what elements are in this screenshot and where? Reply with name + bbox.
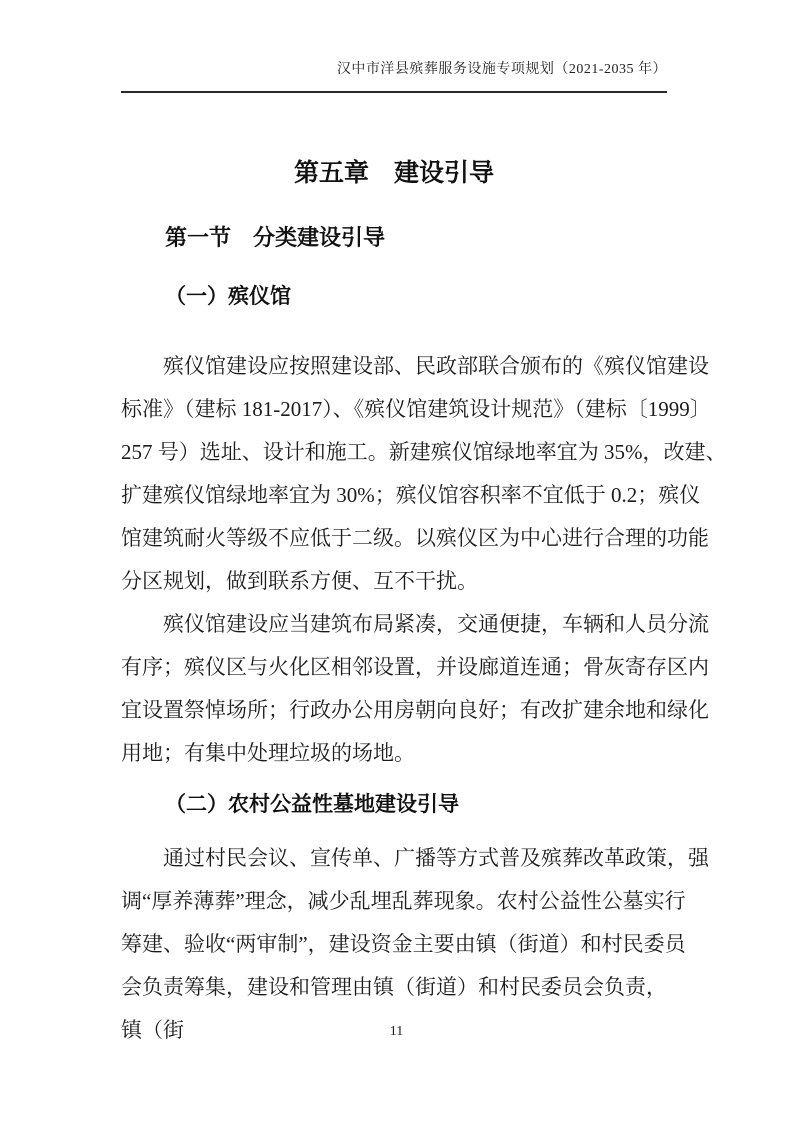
paragraph-2-line-1: 殡仪馆建设应当建筑布局紧凑，交通便捷，车辆和人员分流 xyxy=(121,603,667,646)
paragraph-2-line-4: 用地；有集中处理垃圾的场地。 xyxy=(121,732,667,775)
subsection-2-title: （二）农村公益性墓地建设引导 xyxy=(121,787,667,821)
paragraph-1: 殡仪馆建设应按照建设部、民政部联合颁布的《殡仪馆建设 标准》（建标 181-20… xyxy=(121,345,667,603)
paragraph-1-line-1: 殡仪馆建设应按照建设部、民政部联合颁布的《殡仪馆建设 xyxy=(121,345,667,388)
subsection-1-title: （一）殡仪馆 xyxy=(121,279,667,313)
header-title: 汉中市洋县殡葬服务设施专项规划（2021-2035 年） xyxy=(121,60,667,80)
paragraph-1-line-5: 馆建筑耐火等级不应低于二级。以殡仪区为中心进行合理的功能 xyxy=(121,517,667,560)
header-rule xyxy=(121,91,667,93)
page-header: 汉中市洋县殡葬服务设施专项规划（2021-2035 年） xyxy=(121,0,667,93)
paragraph-3: 通过村民会议、宣传单、广播等方式普及殡葬改革政策，强 调“厚养薄葬”理念，减少乱… xyxy=(121,837,667,1052)
chapter-title: 第五章 建设引导 xyxy=(121,155,667,191)
paragraph-1-line-6: 分区规划，做到联系方便、互不干扰。 xyxy=(121,560,667,603)
paragraph-1-line-3: 257 号）选址、设计和施工。新建殡仪馆绿地率宜为 35%，改建、 xyxy=(121,431,667,474)
paragraph-3-line-3: 筹建、验收“两审制”，建设资金主要由镇（街道）和村民委员 xyxy=(121,923,667,966)
document-page: 汉中市洋县殡葬服务设施专项规划（2021-2035 年） 第五章 建设引导 第一… xyxy=(0,0,793,1122)
page-footer: 11 xyxy=(0,1024,793,1040)
paragraph-2-line-2: 有序；殡仪区与火化区相邻设置，并设廊道连通；骨灰寄存区内 xyxy=(121,646,667,689)
section-title: 第一节 分类建设引导 xyxy=(121,221,667,255)
page-number: 11 xyxy=(390,1024,403,1039)
paragraph-2: 殡仪馆建设应当建筑布局紧凑，交通便捷，车辆和人员分流 有序；殡仪区与火化区相邻设… xyxy=(121,603,667,775)
paragraph-3-line-2: 调“厚养薄葬”理念，减少乱埋乱葬现象。农村公益性公墓实行 xyxy=(121,880,667,923)
paragraph-1-line-2: 标准》（建标 181-2017）、《殡仪馆建筑设计规范》（建标〔1999〕 xyxy=(121,388,667,431)
paragraph-2-line-3: 宜设置祭悼场所；行政办公用房朝向良好；有改扩建余地和绿化 xyxy=(121,689,667,732)
paragraph-1-line-4: 扩建殡仪馆绿地率宜为 30%；殡仪馆容积率不宜低于 0.2；殡仪 xyxy=(121,474,667,517)
paragraph-3-line-1: 通过村民会议、宣传单、广播等方式普及殡葬改革政策，强 xyxy=(121,837,667,880)
